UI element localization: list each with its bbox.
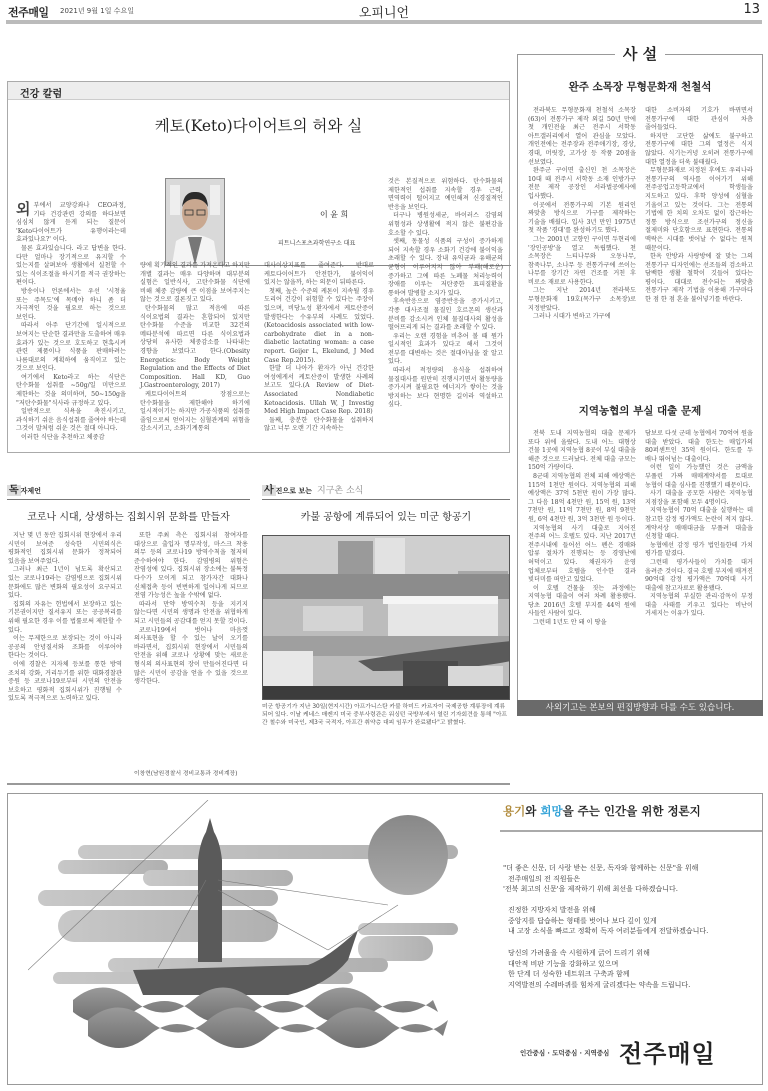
author-name: 이 윤 희 — [320, 209, 348, 220]
editorial-headline-2[interactable]: 지역농협의 부실 대출 문제 — [518, 403, 762, 418]
photo-caption: 미군 항공기가 지난 30일(현지시간) 아프가니스탄 카불 하미드 카르자이 … — [262, 703, 510, 727]
editorial-2-column-1: 전북 도내 지역농협의 대출 문제가 또다 위에 올랐다. 도내 어느 대형상 … — [528, 430, 636, 628]
photo-news-header: 사진으로 보는 지구촌 소식 — [262, 478, 510, 500]
ad-motto: 인간중심 · 도덕중심 · 지역중심 — [520, 1048, 609, 1057]
editorial-label: 사 설 — [518, 43, 762, 64]
ad-rule — [500, 830, 762, 832]
header-rule — [6, 20, 762, 24]
section-initial: 독 — [7, 485, 21, 496]
slogan-courage: 용기 — [503, 804, 525, 818]
ad-illustration — [28, 800, 488, 1060]
portrait-icon — [166, 179, 224, 265]
editorial-1-column-2: 대한 소비자의 기호가 바뀌면서 전통가구에 대한 관심이 차츰 줄어들었다. … — [645, 107, 753, 305]
reader-headline[interactable]: 코로나 시대, 상생하는 집회시위 문화를 만들자 — [7, 508, 250, 523]
health-column: 건강 칼럼 케토(Keto)다이어트의 허와 실 이 윤 희 피트니스포츠과학연… — [7, 81, 510, 453]
ad-paragraph-1: "더 좋은 신문, 더 사랑 받는 신문, 독자와 함께하는 신문"을 위해 전… — [503, 863, 758, 895]
slogan-hope: 희망 — [540, 804, 562, 818]
article-headline[interactable]: 케토(Keto)다이어트의 허와 실 — [8, 114, 509, 136]
article-column-2: 량에 획기적인 결과를 가져온다고 하지만 개별 결과는 매우 다양하며 대부분… — [140, 262, 250, 434]
reader-column-2: 또한 주최 측은 집회시위 참여자를 대상으로 출입자 명부작성, 마스크 착용… — [134, 532, 248, 687]
editorial-box: 사 설 완주 소목장 무형문화재 천철석 전라북도 무형문화재 천철석 소목장(… — [517, 54, 763, 713]
section-divider — [7, 783, 510, 785]
reader-section-header: 독자제언 — [7, 478, 250, 500]
ad-paragraph-3: 당신의 가려움을 속 시원하게 긁어 드리기 위해 대안적 비판 기능을 강화하… — [503, 948, 758, 990]
editorial-headline-1[interactable]: 완주 소목장 무형문화재 천철석 — [518, 79, 762, 94]
reader-byline: 이창현(남원경찰서 경비교통과 경비계장) — [134, 768, 250, 777]
author-role: 피트니스포츠과학연구소 대표 — [278, 238, 355, 247]
section-initial: 사 — [262, 485, 276, 496]
dropcap: 외 — [16, 202, 31, 216]
newspaper-logo: 전주매일 — [619, 1034, 716, 1069]
ad-paragraph-2: 진정한 지방자치 발전을 위해 중앙지를 답습하는 형태를 벗어나 보다 깊이 … — [503, 905, 758, 937]
section-label: 진으로 보는 — [276, 487, 312, 495]
article-column-3: 대사이상지표를 줄여준다. 반대로 케토다이어트가 안전한가, 불이익이 있지는… — [264, 262, 374, 434]
ad-slogan: 용기와 희망을 주는 인간을 위한 정론지 — [503, 803, 701, 819]
reader-column-1: 지난 몇 년 동안 집회시위 현장에서 우리 시민이 보여준 성숙한 시민의식은… — [8, 532, 122, 704]
author-photo — [165, 178, 225, 266]
photo-news-headline[interactable]: 카불 공항에 계류되어 있는 미군 항공기 — [262, 508, 510, 523]
page-number: 13 — [743, 2, 760, 17]
ship-illustration-icon — [28, 800, 488, 1060]
article-column-1: 외부에서 교양강좌나 CEO과정, 기타 건강관련 강의를 하다보면 심심치 않… — [16, 202, 126, 443]
article-column-4: 것은 본질적으로 위험하다. 탄수화물의 제한적인 섭취를 지속할 경우 근력,… — [388, 178, 503, 410]
column-label-bar: 건강 칼럼 — [8, 82, 509, 100]
section-label-grey: 지구촌 소식 — [317, 486, 363, 496]
news-photo[interactable] — [262, 535, 510, 700]
column-label: 건강 칼럼 — [20, 85, 62, 100]
editorial-1-column-1: 전라북도 무형문화재 천철석 소목장(63)이 전통가구 제작 외길 50년 만… — [528, 107, 636, 322]
airport-photo-icon — [263, 536, 510, 700]
section-label: 자제언 — [21, 487, 41, 495]
section-title: 오피니언 — [0, 2, 768, 21]
disclaimer-banner: 사외기고는 본보의 편집방향과 다를 수도 있습니다. — [517, 700, 763, 716]
editorial-2-column-2: 담보로 다섯 군데 농협에서 70억여 원을 대출 받았다. 대출 한도는 매입… — [645, 430, 753, 619]
